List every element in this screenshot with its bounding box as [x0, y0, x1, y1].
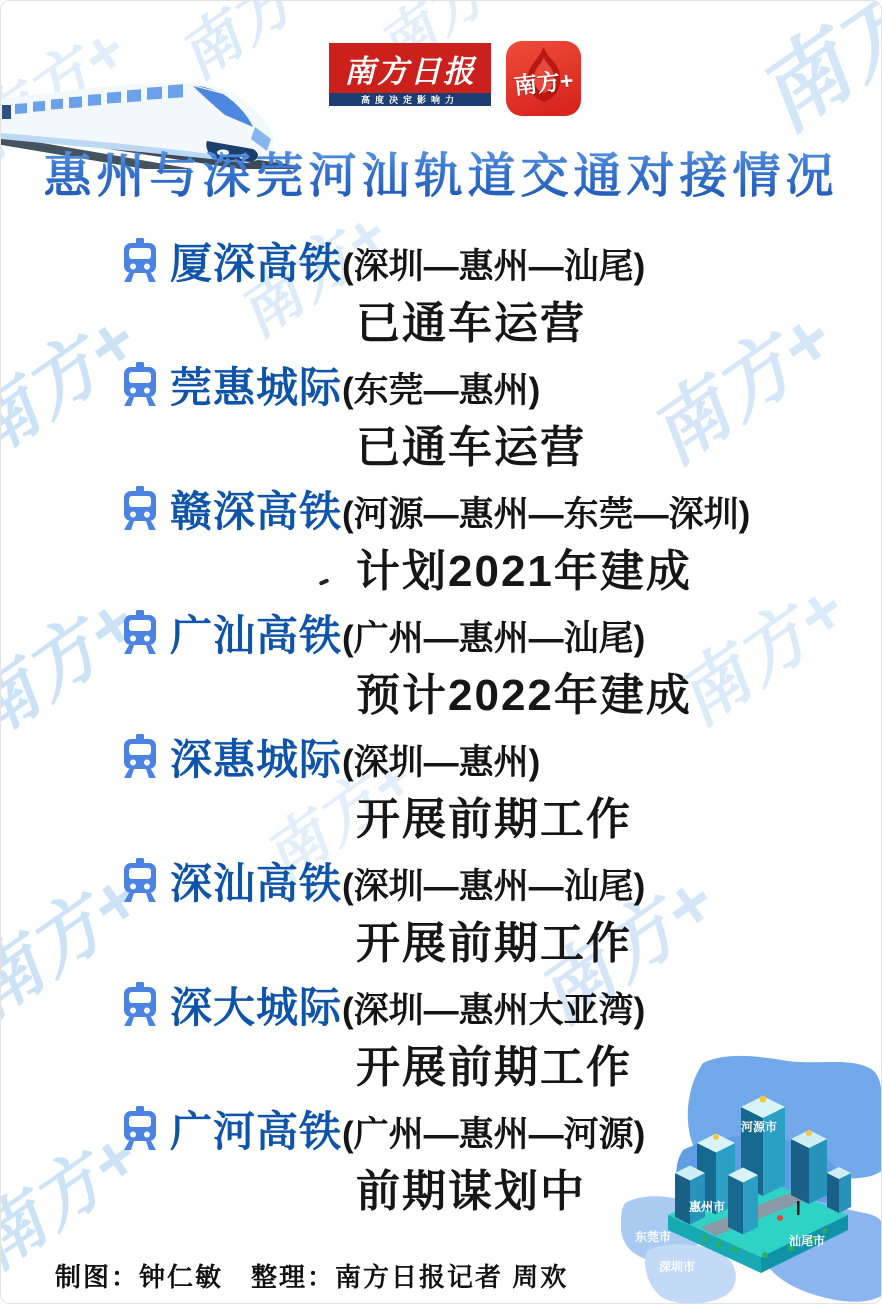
line-name: 深大城际 [170, 984, 342, 1031]
line-status: 预计2022年建成 [121, 672, 881, 720]
line-route: (深圳—惠州大亚湾) [342, 991, 645, 1030]
map-label-huizhou: 惠州市 [689, 1199, 725, 1214]
rail-line-item: 广汕高铁(广州—惠州—汕尾) 预计2022年建成 [121, 603, 881, 727]
rail-line-item: 莞惠城际(东莞—惠州) 已通车运营 [121, 355, 881, 479]
map-lamp-post [797, 1201, 800, 1215]
newspaper-logo-name: 南方日报 [329, 43, 491, 93]
train-icon [121, 858, 159, 904]
region-map: 河源市 惠州市 东莞市 深圳市 汕尾市 [613, 1055, 882, 1304]
line-status: 计划2021年建成 [121, 548, 881, 596]
infographic-poster: 南方+ 南方+ 南方+ 南方+ 南方+ 南方+ 南方+ 南方+ 南方+ 南方+ … [0, 0, 882, 1304]
map-label-heyuan: 河源市 [741, 1119, 777, 1134]
train-icon [121, 362, 159, 408]
rail-line-item: 深汕高铁(深圳—惠州—汕尾) 开展前期工作 [121, 851, 881, 975]
rail-line-item: 赣深高铁(河源—惠州—东莞—深圳) 计划2021年建成 [121, 479, 881, 603]
credit-line: 制图：钟仁敏 整理：南方日报记者 周欢 [55, 1257, 568, 1294]
line-route: (广州—惠州—汕尾) [342, 619, 645, 658]
map-label-shanwei: 汕尾市 [789, 1233, 825, 1248]
line-name: 莞惠城际 [170, 364, 342, 411]
line-status: 已通车运营 [121, 300, 881, 348]
line-name: 厦深高铁 [170, 240, 342, 287]
map-label-shenzhen: 深圳市 [659, 1259, 695, 1274]
newspaper-logo: 南方日报 高度决定影响力 [329, 43, 491, 106]
line-route: (深圳—惠州—汕尾) [342, 867, 645, 906]
line-name: 广汕高铁 [170, 612, 342, 659]
newspaper-slogan: 高度决定影响力 [329, 93, 491, 106]
train-icon [121, 734, 159, 780]
train-icon [121, 1106, 159, 1152]
app-logo: 南方+ [506, 41, 581, 116]
line-name: 深惠城际 [170, 736, 342, 783]
line-status: 开展前期工作 [121, 796, 881, 844]
train-tail-window [2, 105, 11, 119]
line-name: 赣深高铁 [170, 488, 342, 535]
app-logo-label: 南方+ [504, 61, 582, 102]
watermark-text: 南方+ [728, 0, 882, 155]
map-flower-bed [777, 1215, 783, 1221]
rail-line-item: 深惠城际(深圳—惠州) 开展前期工作 [121, 727, 881, 851]
line-name: 深汕高铁 [170, 860, 342, 907]
line-status: 已通车运营 [121, 424, 881, 472]
line-route: (深圳—惠州) [342, 743, 540, 782]
line-route: (河源—惠州—东莞—深圳) [342, 495, 750, 534]
line-route: (东莞—惠州) [342, 371, 540, 410]
train-icon [121, 238, 159, 284]
map-label-dongguan: 东莞市 [635, 1229, 671, 1244]
train-icon [121, 982, 159, 1028]
rail-line-item: 厦深高铁(深圳—惠州—汕尾) 已通车运营 [121, 231, 881, 355]
line-route: (深圳—惠州—汕尾) [342, 247, 645, 286]
train-icon [121, 610, 159, 656]
poster-title: 惠州与深莞河汕轨道交通对接情况 [1, 137, 881, 206]
train-icon [121, 486, 159, 532]
line-status: 开展前期工作 [121, 920, 881, 968]
line-name: 广河高铁 [170, 1108, 342, 1155]
line-route: (广州—惠州—河源) [342, 1115, 645, 1154]
